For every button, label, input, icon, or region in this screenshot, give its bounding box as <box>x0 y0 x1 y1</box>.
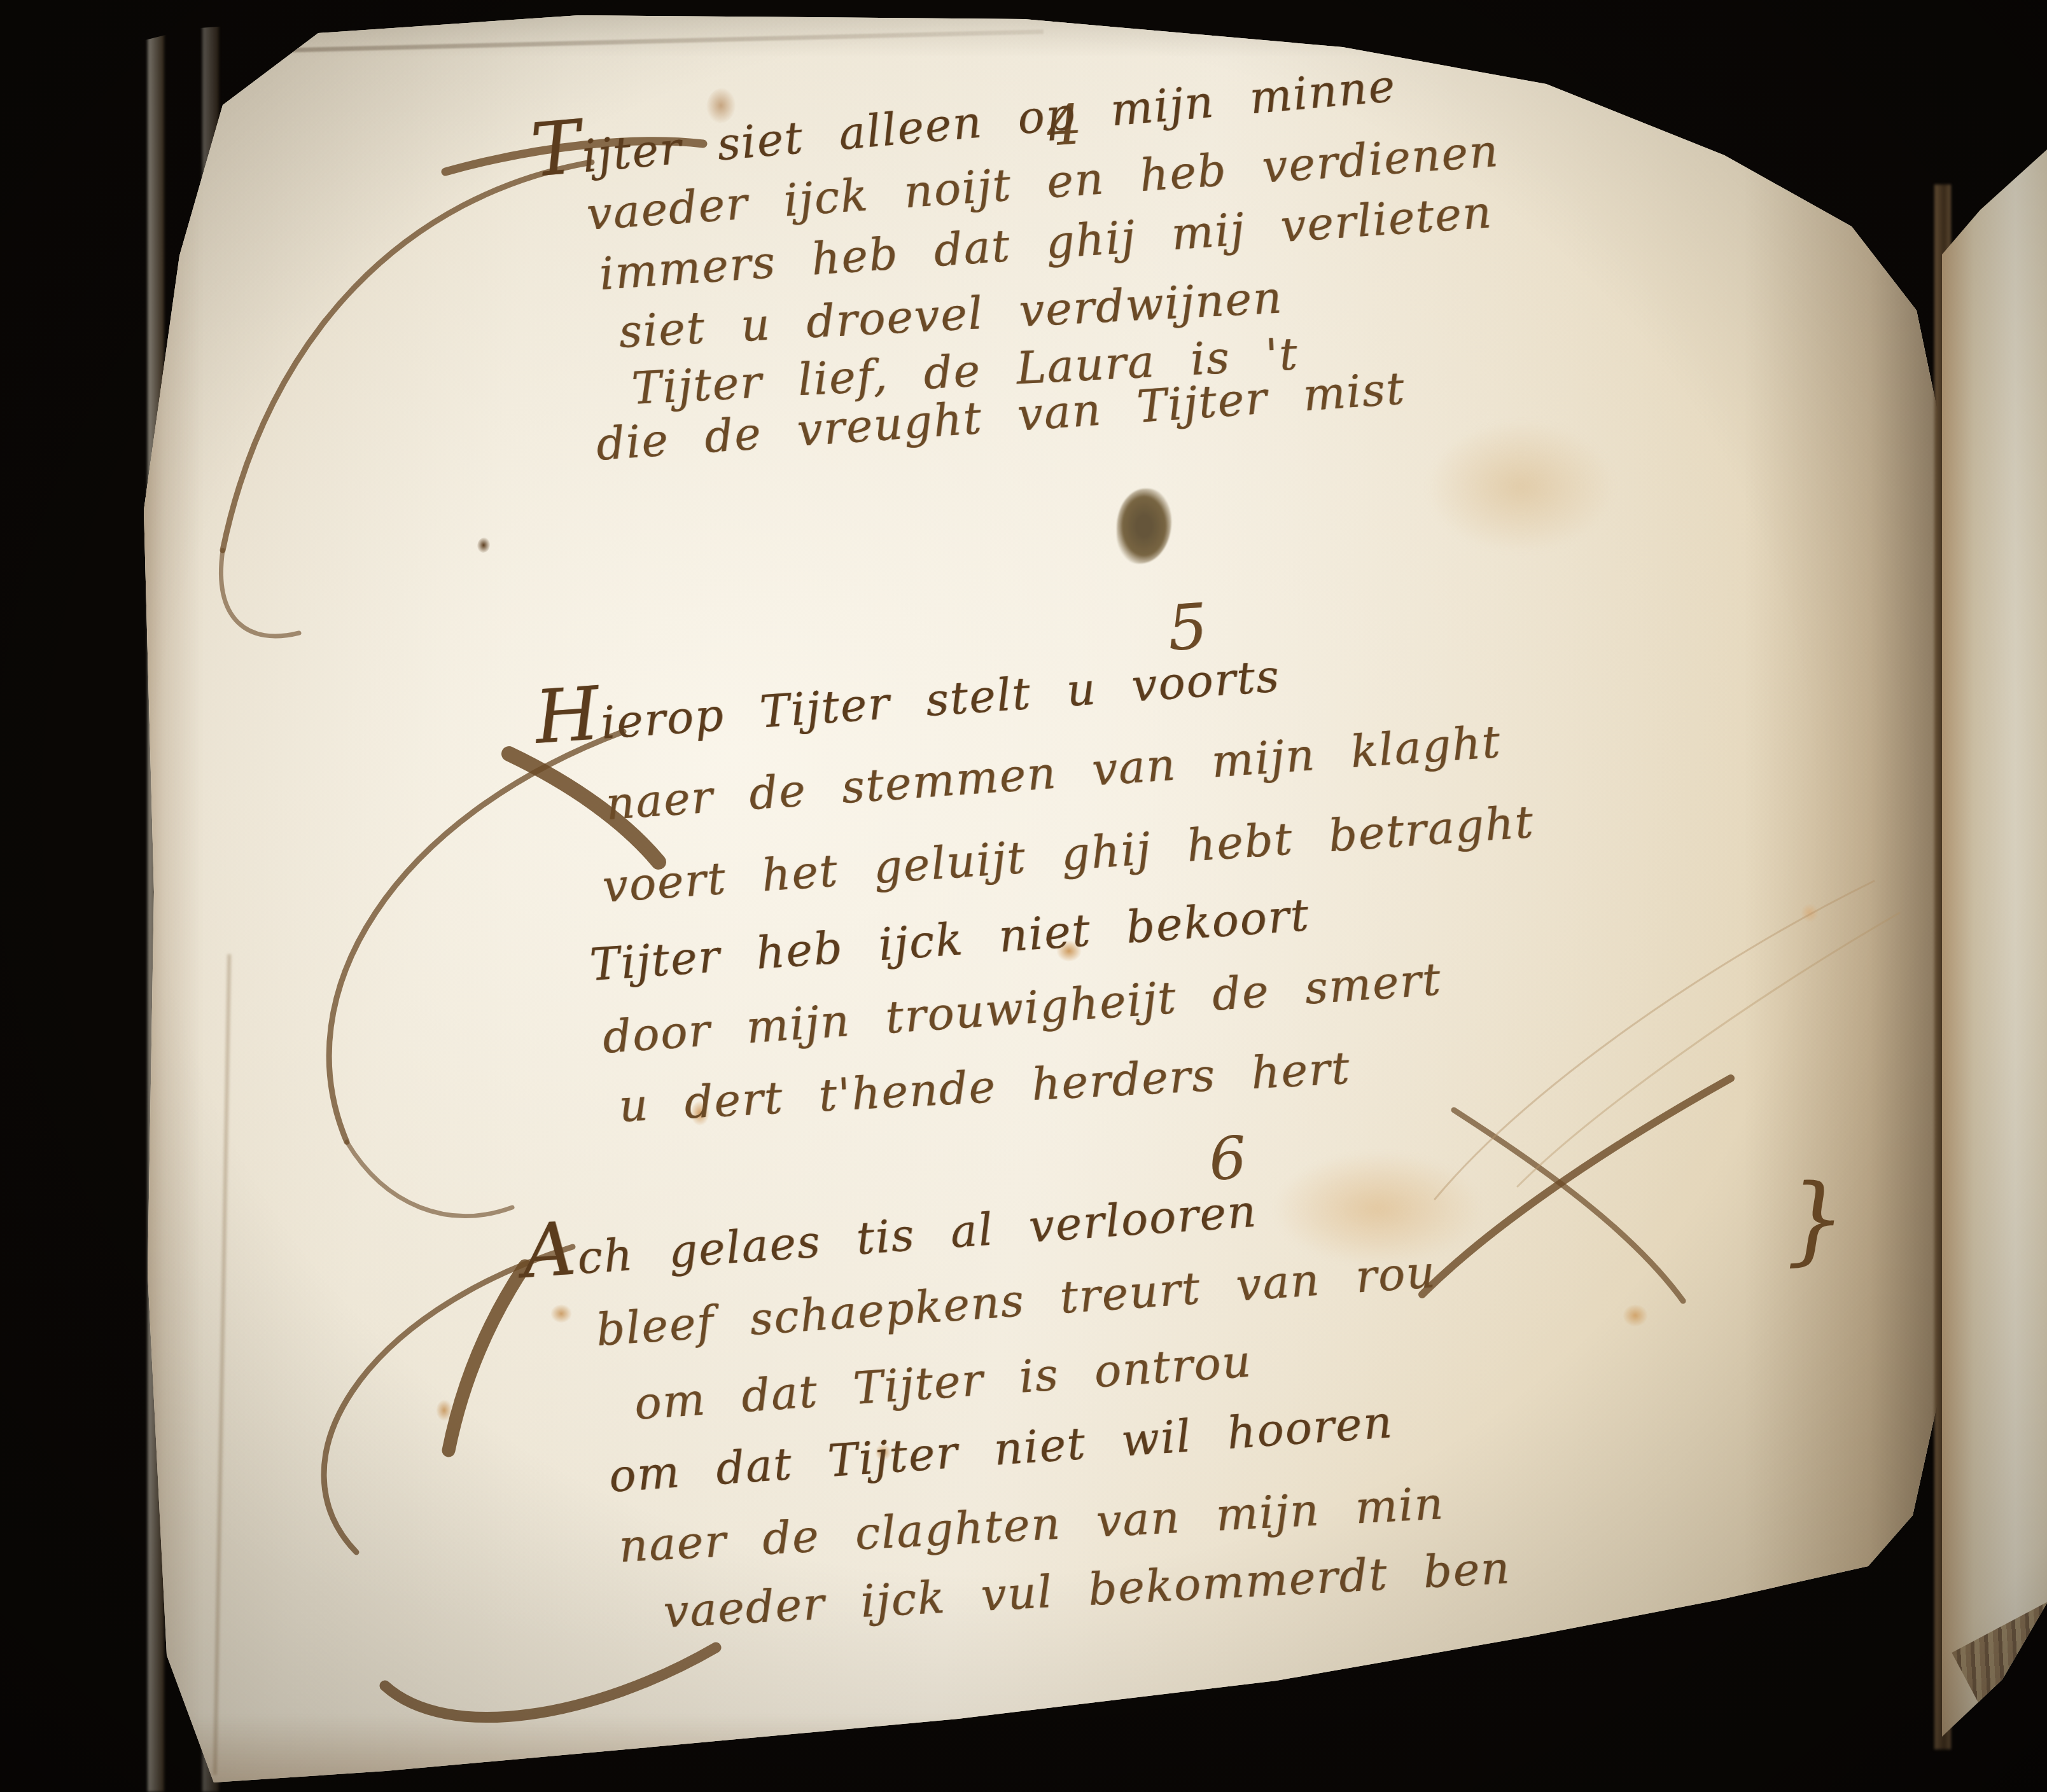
paper-crease <box>229 29 1044 53</box>
paper-stain <box>1623 1304 1648 1327</box>
paper-stain <box>550 1304 572 1323</box>
paper-stain <box>1273 1151 1483 1266</box>
ink-blot <box>1117 489 1171 564</box>
handwritten-verse-line: u dert t'hende herders hert <box>618 1042 1352 1132</box>
underlying-page-line <box>213 954 232 1775</box>
paper-stain <box>436 1400 452 1421</box>
ink-dot <box>477 538 490 553</box>
margin-brace-mark: } <box>1783 1163 1847 1275</box>
facing-page-edge <box>1942 0 2047 1792</box>
facing-page-fore-edge <box>1952 1599 2047 1737</box>
page-bottom-edge-shadow <box>95 1716 1973 1792</box>
paper-stain <box>1425 420 1616 553</box>
photo-of-open-manuscript-book: 4 Tijter siet alleen op mijn minne vaede… <box>0 0 2047 1792</box>
handwritten-verse-line: Hierop Tijter stelt u voorts <box>533 637 1282 754</box>
manuscript-page: 4 Tijter siet alleen op mijn minne vaede… <box>95 0 1973 1792</box>
